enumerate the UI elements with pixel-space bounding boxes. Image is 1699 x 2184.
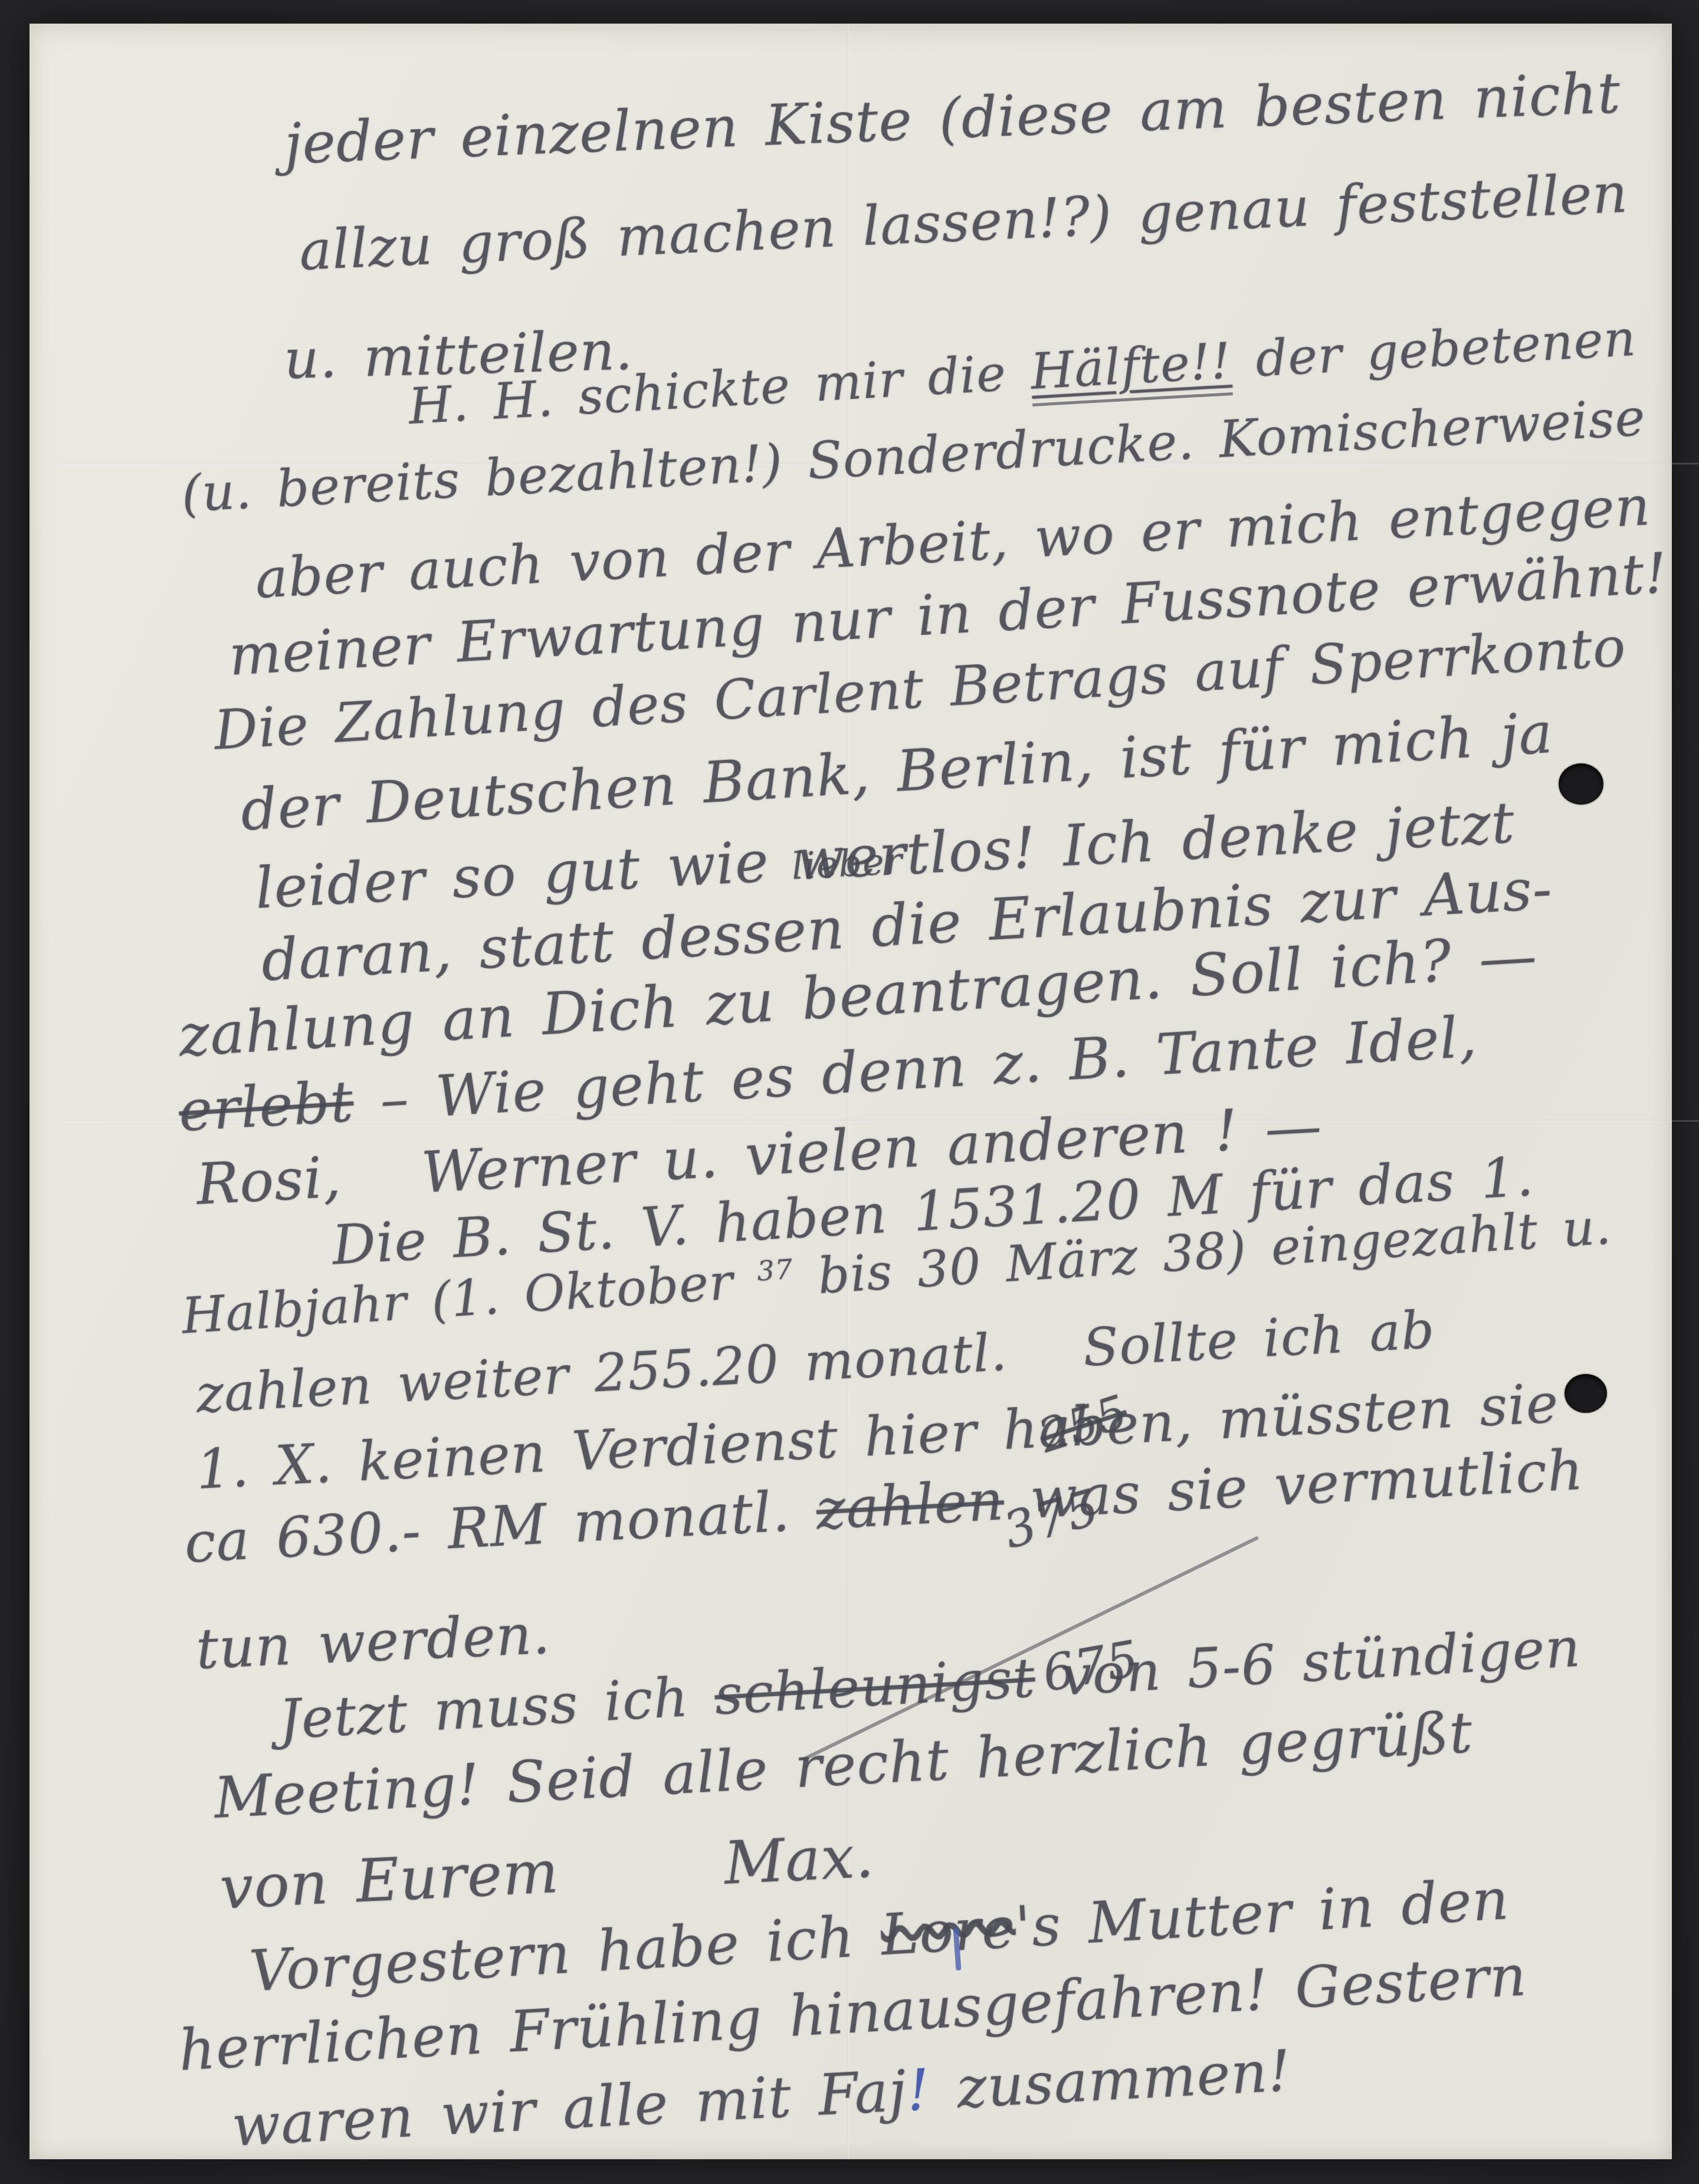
handwritten-text: 37 — [756, 1253, 794, 1287]
hole-punch-bottom — [1564, 1374, 1607, 1413]
handwritten-text: erlebt — [177, 1068, 355, 1145]
handwritten-text: lieber — [791, 839, 904, 888]
hole-punch-top — [1559, 763, 1603, 805]
handwritten-text: Lore — [879, 1894, 1017, 1968]
line-insert-lieber: lieber — [791, 839, 904, 888]
handwritten-text: zahlen — [815, 1468, 1006, 1543]
handwritten-text: Hälfte!! — [1029, 332, 1233, 406]
handwritten-text: ! — [905, 2057, 932, 2124]
scan-background: jeder einzelnen Kiste (diese am besten n… — [0, 0, 1699, 2184]
